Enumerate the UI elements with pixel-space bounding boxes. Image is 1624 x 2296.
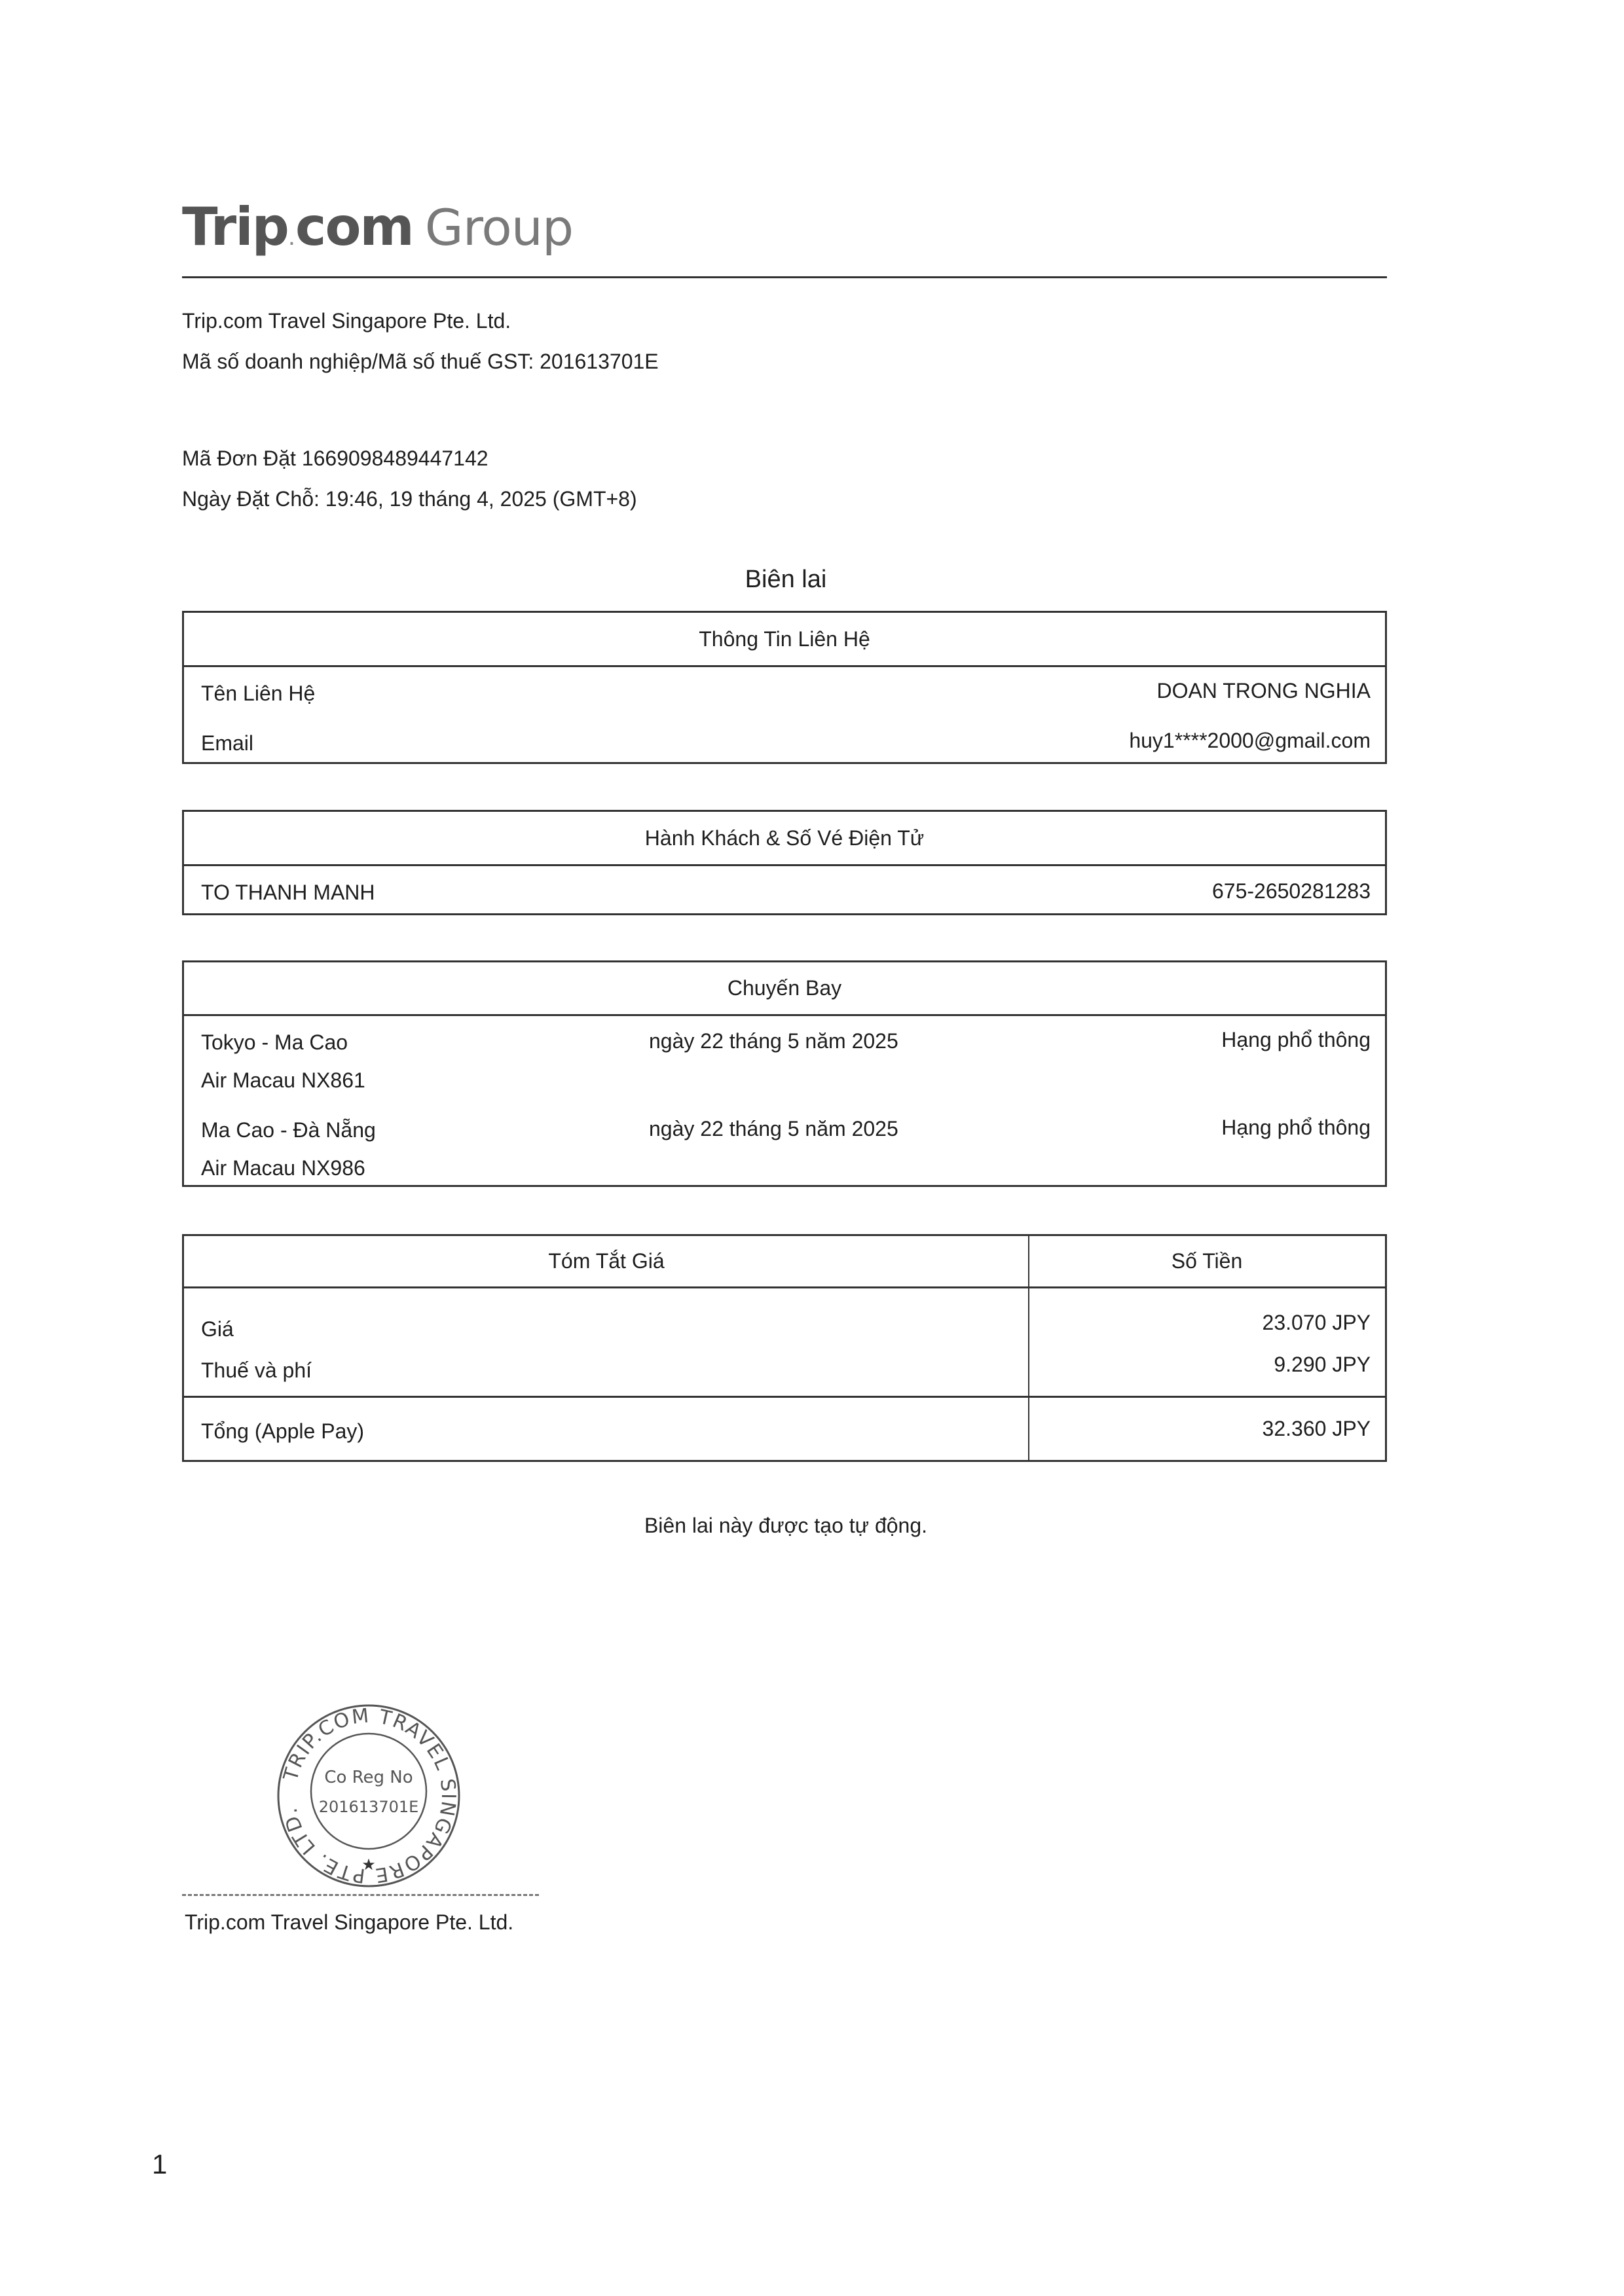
- order-number: Mã Đơn Đặt 1669098489447142: [182, 448, 489, 469]
- signature-name: Trip.com Travel Singapore Pte. Ltd.: [185, 1912, 513, 1933]
- price-items: Giá 23.070 JPY Thuế và phí 9.290 JPY: [184, 1288, 1385, 1398]
- amount-header: Số Tiền: [1029, 1236, 1385, 1286]
- cabin-class: Hạng phổ thông: [1221, 1116, 1371, 1140]
- flights-table: Chuyến Bay Tokyo - Ma Cao Air Macau NX86…: [182, 960, 1387, 1187]
- contact-header: Thông Tin Liên Hệ: [184, 613, 1385, 667]
- flights-header: Chuyến Bay: [184, 962, 1385, 1016]
- receipt-title: Biên lai: [0, 567, 1572, 592]
- page-number: 1: [152, 2149, 167, 2180]
- ticket-number: 675-2650281283: [1212, 879, 1371, 903]
- table-row: Tên Liên Hệ DOAN TRONG NGHIA: [184, 667, 1385, 716]
- logo-brand: Trip: [182, 196, 288, 257]
- passenger-table: Hành Khách & Số Vé Điện Tử TO THANH MANH…: [182, 810, 1387, 915]
- flight-route: Ma Cao - Đà Nẵng: [201, 1118, 376, 1142]
- fare-amount: 23.070 JPY: [1263, 1311, 1371, 1335]
- fare-label: Giá: [201, 1317, 234, 1341]
- stamp-line2: 201613701E: [319, 1798, 419, 1816]
- contact-name-label: Tên Liên Hệ: [201, 682, 315, 706]
- contact-table: Thông Tin Liên Hệ Tên Liên Hệ DOAN TRONG…: [182, 611, 1387, 764]
- booking-date: Ngày Đặt Chỗ: 19:46, 19 tháng 4, 2025 (G…: [182, 488, 637, 509]
- logo-suffix: com: [295, 196, 413, 257]
- passenger-name: TO THANH MANH: [201, 881, 375, 905]
- table-row: Tokyo - Ma Cao Air Macau NX861 ngày 22 t…: [184, 1016, 1385, 1102]
- stamp-line1: Co Reg No: [324, 1768, 413, 1787]
- tax-id: Mã số doanh nghiệp/Mã số thuế GST: 20161…: [182, 351, 659, 372]
- total-amount: 32.360 JPY: [1263, 1417, 1371, 1441]
- signature-line: [182, 1894, 539, 1896]
- passenger-header: Hành Khách & Số Vé Điện Tử: [184, 812, 1385, 866]
- total-label: Tổng (Apple Pay): [201, 1419, 364, 1444]
- logo-dot: .: [288, 222, 295, 251]
- price-summary-table: Tóm Tắt Giá Số Tiền Giá 23.070 JPY Thuế …: [182, 1234, 1387, 1462]
- tax-label: Thuế và phí: [201, 1358, 312, 1383]
- flight-number: Air Macau NX861: [201, 1068, 365, 1093]
- price-summary-header: Tóm Tắt Giá: [184, 1236, 1029, 1286]
- tax-amount: 9.290 JPY: [1274, 1353, 1371, 1377]
- auto-generated-note: Biên lai này được tạo tự động.: [0, 1515, 1572, 1536]
- email-value: huy1****2000@gmail.com: [1129, 729, 1371, 753]
- cabin-class: Hạng phổ thông: [1221, 1028, 1371, 1052]
- price-header-row: Tóm Tắt Giá Số Tiền: [184, 1236, 1385, 1288]
- flight-number: Air Macau NX986: [201, 1156, 365, 1180]
- logo-group: Group: [425, 198, 573, 257]
- table-row: TO THANH MANH 675-2650281283: [184, 866, 1385, 915]
- flight-date: ngày 22 tháng 5 năm 2025: [649, 1117, 898, 1141]
- total-row: Tổng (Apple Pay) 32.360 JPY: [184, 1398, 1385, 1460]
- flight-route: Tokyo - Ma Cao: [201, 1030, 348, 1055]
- header-divider: [182, 276, 1387, 278]
- email-label: Email: [201, 731, 253, 756]
- company-name: Trip.com Travel Singapore Pte. Ltd.: [182, 310, 511, 331]
- company-stamp-icon: TRIP.COM TRAVEL SINGAPORE PTE. LTD. Co R…: [274, 1701, 464, 1891]
- contact-name-value: DOAN TRONG NGHIA: [1156, 679, 1371, 703]
- stamp-star-icon: ★: [361, 1855, 376, 1874]
- table-row: Ma Cao - Đà Nẵng Air Macau NX986 ngày 22…: [184, 1102, 1385, 1186]
- table-row: Email huy1****2000@gmail.com: [184, 716, 1385, 764]
- tripcom-group-logo: Trip.comGroup: [182, 196, 573, 268]
- flight-date: ngày 22 tháng 5 năm 2025: [649, 1029, 898, 1053]
